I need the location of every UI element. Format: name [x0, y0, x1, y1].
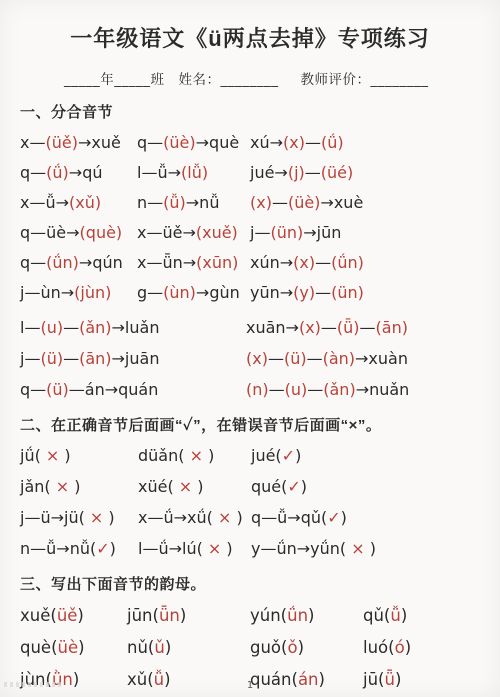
section3-heading: 三、写出下面音节的韵母。: [20, 573, 480, 594]
exercise-row: x—ǚ→(xǔ)n—(ǚ)→nǚ(x)—(üè)→xuè: [20, 187, 480, 217]
prompt-text: ): [110, 539, 116, 558]
answer-text: (üè): [163, 133, 195, 152]
prompt-text: l—: [20, 318, 40, 337]
exercise-row: jǘ( × )düǎn( × )jué(✓): [20, 440, 480, 471]
prompt-text: q—: [20, 163, 46, 182]
year-blank: _____: [64, 72, 100, 88]
exercise-item: xüé( × ): [138, 477, 251, 496]
prompt-text: ): [365, 539, 376, 558]
class-label: 班: [151, 72, 165, 88]
answer-text: (x): [293, 253, 315, 272]
answer-text: ǘn: [287, 606, 308, 625]
exercise-item: (n)—(u)—(ǎn)→nuǎn: [246, 380, 480, 399]
exercise-row: q—(ǘ)→qúl—ǚ→(lǚ)jué→(j)—(üé): [20, 157, 480, 187]
answer-text: ǒ: [287, 638, 297, 657]
answer-text: (ùn): [163, 283, 196, 302]
exercise-item: j—(ün)→jūn: [250, 223, 480, 242]
prompt-text: n—ǚ→nǚ(: [20, 539, 96, 558]
name-label: 姓名：: [179, 72, 221, 88]
exercise-row: q—(ǘn)→qúnx—ǖn→(xūn)xún→(x)—(ǘn): [20, 247, 480, 277]
answer-text: ✓: [327, 508, 340, 527]
prompt-text: xún→: [250, 253, 293, 272]
prompt-text: ): [77, 606, 83, 625]
exercise-item: yūn→(y)—(ün): [250, 283, 480, 302]
exercise-item: qué(✓): [251, 477, 480, 496]
answer-text: (ü): [46, 380, 69, 399]
prompt-text: düǎn(: [138, 446, 190, 465]
prompt-text: yūn→: [250, 283, 293, 302]
prompt-text: ): [341, 508, 347, 527]
exercise-item: q—(ǘn)→qún: [20, 253, 137, 272]
teacher-eval-label: 教师评价：: [301, 72, 371, 88]
prompt-text: g—: [137, 283, 163, 302]
answer-text: ×: [208, 539, 221, 558]
prompt-text: q—üè→: [20, 223, 80, 242]
answer-text: (ü): [284, 349, 307, 368]
exercise-row: xuě(üě)jūn(ǖn)yún(ǘn)qǔ(ǚ): [20, 599, 480, 631]
answer-text: ǚ: [390, 606, 400, 625]
answer-text: (ǎn): [79, 318, 111, 337]
prompt-text: —: [272, 193, 288, 212]
prompt-text: ): [221, 539, 232, 558]
answer-text: (u): [40, 318, 63, 337]
prompt-text: ): [69, 477, 80, 496]
answer-text: ✓: [282, 446, 295, 465]
answer-text: (xǔ): [69, 193, 101, 212]
prompt-text: →nǚ: [186, 193, 220, 212]
prompt-text: —: [307, 349, 323, 368]
prompt-text: xüé(: [138, 477, 179, 496]
prompt-text: ): [401, 606, 407, 625]
answer-text: (ǘ): [321, 133, 344, 152]
exercise-item: x—ǖn→(xūn): [137, 253, 250, 272]
prompt-text: ): [165, 638, 171, 657]
answer-text: (jùn): [74, 283, 111, 302]
prompt-text: jué(: [251, 446, 282, 465]
exercise-item: q—(ǘ)→qú: [20, 163, 137, 182]
exercise-item: jūn(ǖn): [127, 606, 250, 625]
prompt-text: nǔ(: [127, 638, 154, 657]
answer-text: (y): [293, 283, 315, 302]
answer-text: (ān): [79, 349, 111, 368]
answer-text: (üè): [288, 193, 320, 212]
answer-text: (ǘn): [331, 253, 364, 272]
exercise-row: x—(üě)→xuěq—(üè)→quèxú→(x)—(ǘ): [20, 127, 480, 157]
prompt-text: →jūn: [303, 223, 341, 242]
teacher-eval-blank: ________: [371, 72, 429, 88]
page-title: 一年级语文《ü两点去掉》专项练习: [20, 22, 480, 53]
prompt-text: x—üě→: [137, 223, 196, 242]
answer-text: (què): [80, 223, 123, 242]
answer-text: ǖn: [159, 606, 180, 625]
answer-text: (xuě): [196, 223, 238, 242]
exercise-item: jué(✓): [251, 446, 480, 465]
exercise-item: l—(u)—(ǎn)→luǎn: [20, 318, 246, 337]
prompt-text: jūn(: [127, 606, 159, 625]
prompt-text: jǘ(: [20, 446, 46, 465]
prompt-text: ): [78, 638, 84, 657]
answer-text: (lǚ): [181, 163, 208, 182]
exercise-row: l—(u)—(ǎn)→luǎnxuān→(x)—(ǖ)—(ān): [20, 312, 480, 343]
exercise-row: j—(ü)—(ān)→juān(x)—(ü)—(àn)→xuàn: [20, 343, 480, 374]
exercise-row: q—üè→(què)x—üě→(xuě)j—(ün)→jūn: [20, 217, 480, 247]
exercise-row: jǎn( × )xüé( × )qué(✓): [20, 471, 480, 502]
answer-text: (ǚ): [163, 193, 186, 212]
prompt-text: —: [305, 163, 321, 182]
prompt-text: ): [231, 508, 242, 527]
prompt-text: q—: [20, 253, 46, 272]
answer-text: ×: [190, 446, 203, 465]
exercise-item: y—ǘn→yǘn( × ): [251, 539, 480, 558]
answer-text: (xūn): [196, 253, 238, 272]
prompt-text: ): [203, 446, 214, 465]
exercise-row: j—ü→jü( × )x—ǘ→xǘ( × )q—ǚ→qǔ(✓): [20, 502, 480, 533]
year-label: 年: [100, 72, 114, 88]
class-blank: _____: [114, 72, 150, 88]
exercise-row: què(üè)nǔ(ǔ)guǒ(ǒ)luó(ó): [20, 631, 480, 663]
prompt-text: l—ǚ→: [137, 163, 181, 182]
exercise-item: xú→(x)—(ǘ): [250, 133, 480, 152]
exercise-item: x—ǚ→(xǔ): [20, 193, 137, 212]
prompt-text: →què: [196, 133, 240, 152]
section2-heading: 二、在正确音节后面画“✓”，在错误音节后面画“×”。: [20, 414, 480, 435]
exercise-item: q—(ü)—án→quán: [20, 380, 246, 399]
prompt-text: →xuè: [320, 193, 363, 212]
exercise-item: g—(ùn)→gùn: [137, 283, 250, 302]
exercise-item: x—üě→(xuě): [137, 223, 250, 242]
answer-text: (ü): [40, 349, 63, 368]
prompt-text: x—ǖn→: [137, 253, 196, 272]
answer-text: ×: [351, 539, 364, 558]
answer-text: ×: [179, 477, 192, 496]
prompt-text: —: [305, 133, 321, 152]
exercise-item: nǔ(ǔ): [127, 638, 250, 657]
answer-text: (x): [246, 349, 268, 368]
answer-text: (üě): [45, 133, 77, 152]
exercise-item: jué→(j)—(üé): [250, 163, 480, 182]
prompt-text: x—ǘ→xǘ(: [138, 508, 218, 527]
exercise-item: q—(üè)→què: [137, 133, 250, 152]
prompt-text: ): [192, 477, 203, 496]
prompt-text: j—: [20, 349, 40, 368]
exercise-item: (x)—(üè)→xuè: [250, 193, 480, 212]
prompt-text: —: [63, 318, 79, 337]
prompt-text: →qú: [69, 163, 103, 182]
prompt-text: →xuě: [78, 133, 121, 152]
answer-text: (x): [250, 193, 272, 212]
exercise-item: guǒ(ǒ): [250, 638, 363, 657]
answer-text: (ǎn): [323, 380, 355, 399]
prompt-text: x—ǚ→: [20, 193, 69, 212]
answer-text: (u): [285, 380, 308, 399]
answer-text: (x): [299, 318, 321, 337]
prompt-text: →nuǎn: [356, 380, 410, 399]
prompt-text: n—: [137, 193, 163, 212]
exercise-row: n—ǚ→nǚ(✓)l—ǘ→lú( × )y—ǘn→yǘn( × ): [20, 533, 480, 564]
prompt-text: —: [315, 253, 331, 272]
answer-text: (ǖ): [337, 318, 360, 337]
prompt-text: guǒ(: [250, 638, 287, 657]
answer-text: ✓: [96, 539, 109, 558]
answer-text: ǔ: [154, 638, 164, 657]
prompt-text: xuě(: [20, 606, 57, 625]
prompt-text: —: [63, 349, 79, 368]
exercise-item: l—ǚ→(lǚ): [137, 163, 250, 182]
prompt-text: q—ǚ→qǔ(: [251, 508, 327, 527]
section2-grid: jǘ( × )düǎn( × )jué(✓)jǎn( × )xüé( × )qu…: [20, 440, 480, 564]
prompt-text: —: [269, 380, 285, 399]
exercise-item: n—(ǚ)→nǚ: [137, 193, 250, 212]
answer-text: (ün): [331, 283, 364, 302]
prompt-text: ): [180, 606, 186, 625]
prompt-text: q—: [137, 133, 163, 152]
prompt-text: —án→quán: [69, 380, 159, 399]
answer-text: ×: [90, 508, 103, 527]
prompt-text: què(: [20, 638, 58, 657]
worksheet-page: 一年级语文《ü两点去掉》专项练习 _____年_____班姓名：________…: [0, 0, 500, 697]
prompt-text: →qún: [79, 253, 123, 272]
prompt-text: jǎn(: [20, 477, 56, 496]
exercise-item: qǔ(ǚ): [363, 606, 480, 625]
exercise-item: jǘ( × ): [20, 446, 138, 465]
prompt-text: qǔ(: [363, 606, 390, 625]
answer-text: (j): [288, 163, 305, 182]
answer-text: ×: [218, 508, 231, 527]
section1-grid-2col: l—(u)—(ǎn)→luǎnxuān→(x)—(ǖ)—(ān)j—(ü)—(ā…: [20, 312, 480, 405]
answer-text: (ǘn): [46, 253, 79, 272]
exercise-item: yún(ǘn): [250, 606, 363, 625]
prompt-text: jué→: [250, 163, 288, 182]
exercise-item: què(üè): [20, 638, 127, 657]
prompt-text: j—ü→jü(: [20, 508, 90, 527]
answer-text: ×: [46, 446, 59, 465]
prompt-text: →juān: [112, 349, 160, 368]
section1-grid-3col: x—(üě)→xuěq—(üè)→quèxú→(x)—(ǘ)q—(ǘ)→qúl—…: [20, 127, 480, 307]
answer-text: (àn): [323, 349, 355, 368]
prompt-text: yún(: [250, 606, 287, 625]
exercise-item: n—ǚ→nǚ(✓): [20, 539, 138, 558]
exercise-item: xún→(x)—(ǘn): [250, 253, 480, 272]
exercise-item: (x)—(ü)—(àn)→xuàn: [246, 349, 480, 368]
prompt-text: —: [315, 283, 331, 302]
exercise-item: q—üè→(què): [20, 223, 137, 242]
prompt-text: x—: [20, 133, 45, 152]
prompt-text: xuān→: [246, 318, 299, 337]
prompt-text: ): [308, 606, 314, 625]
prompt-text: l—ǘ→lú(: [138, 539, 208, 558]
prompt-text: y—ǘn→yǘn(: [251, 539, 351, 558]
prompt-text: →gùn: [196, 283, 240, 302]
answer-text: (ün): [270, 223, 303, 242]
prompt-text: ): [301, 477, 307, 496]
prompt-text: —: [307, 380, 323, 399]
answer-text: üè: [58, 638, 79, 657]
exercise-row: j—ùn→(jùn)g—(ùn)→gùnyūn→(y)—(ün): [20, 277, 480, 307]
page-number: 1: [0, 680, 500, 691]
exercise-item: j—(ü)—(ān)→juān: [20, 349, 246, 368]
prompt-text: ): [59, 446, 70, 465]
answer-text: ×: [56, 477, 69, 496]
answer-text: (ǘ): [46, 163, 69, 182]
prompt-text: →xuàn: [355, 349, 408, 368]
prompt-text: j—ùn→: [20, 283, 74, 302]
exercise-item: q—ǚ→qǔ(✓): [251, 508, 480, 527]
answer-text: (üé): [321, 163, 353, 182]
prompt-text: ): [298, 638, 304, 657]
prompt-text: —: [321, 318, 337, 337]
answer-text: (n): [246, 380, 269, 399]
prompt-text: —: [360, 318, 376, 337]
prompt-text: luó(: [363, 638, 395, 657]
answer-text: üě: [57, 606, 78, 625]
exercise-item: j—ùn→(jùn): [20, 283, 137, 302]
prompt-text: q—: [20, 380, 46, 399]
exercise-item: x—(üě)→xuě: [20, 133, 137, 152]
prompt-text: xú→: [250, 133, 283, 152]
prompt-text: j—: [250, 223, 270, 242]
prompt-text: —: [268, 349, 284, 368]
prompt-text: ): [405, 638, 411, 657]
prompt-text: →luǎn: [112, 318, 160, 337]
exercise-item: luó(ó): [363, 638, 480, 657]
answer-text: ✓: [287, 477, 300, 496]
answer-text: ó: [395, 638, 405, 657]
answer-text: (ān): [376, 318, 408, 337]
section1-heading: 一、分合音节: [20, 101, 480, 122]
prompt-text: ): [103, 508, 114, 527]
name-blank: ________: [221, 72, 279, 88]
answer-text: (x): [283, 133, 305, 152]
exercise-item: x—ǘ→xǘ( × ): [138, 508, 251, 527]
exercise-item: xuě(üě): [20, 606, 127, 625]
exercise-item: xuān→(x)—(ǖ)—(ān): [246, 318, 480, 337]
exercise-item: j—ü→jü( × ): [20, 508, 138, 527]
prompt-text: ): [295, 446, 301, 465]
prompt-text: qué(: [251, 477, 287, 496]
student-info-line: _____年_____班姓名：________教师评价：________: [20, 68, 480, 88]
exercise-item: l—ǘ→lú( × ): [138, 539, 251, 558]
exercise-item: düǎn( × ): [138, 446, 251, 465]
exercise-item: jǎn( × ): [20, 477, 138, 496]
exercise-row: q—(ü)—án→quán(n)—(u)—(ǎn)→nuǎn: [20, 374, 480, 405]
